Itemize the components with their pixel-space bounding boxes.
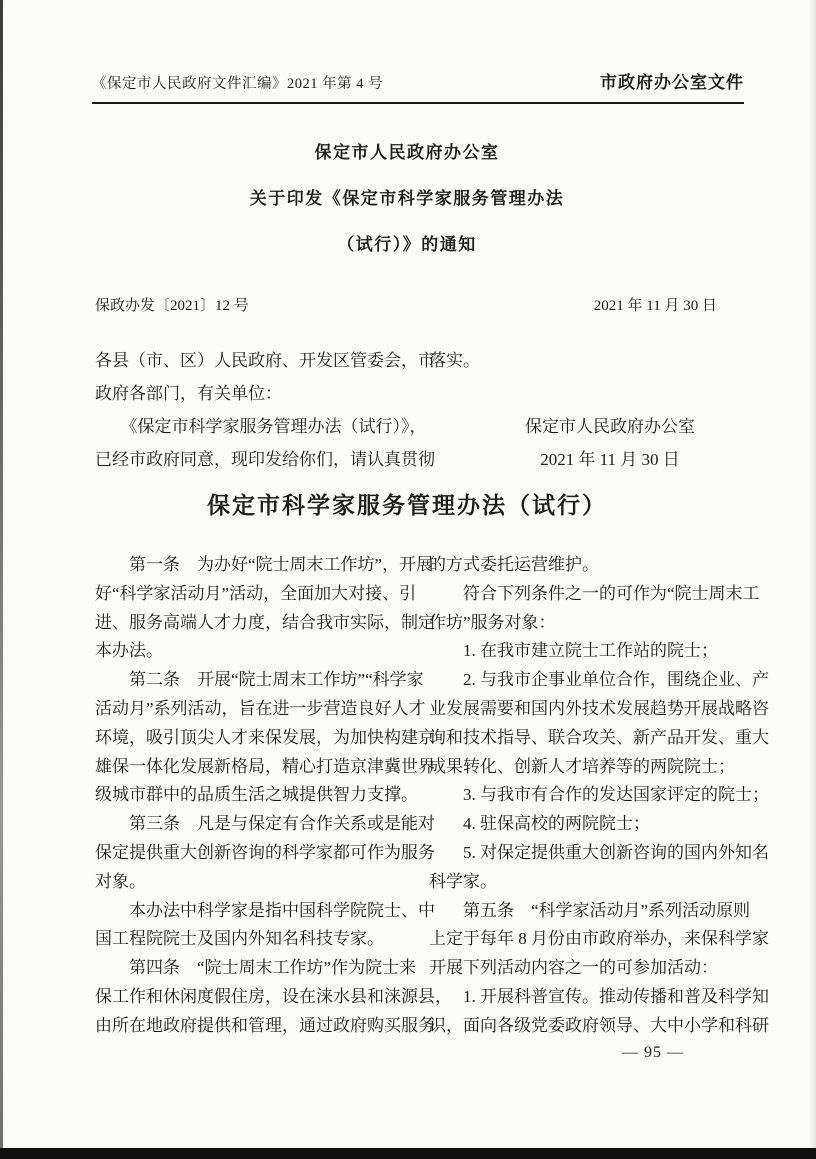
notice-body-line: 《保定市科学家服务管理办法（试行）》， [95, 410, 427, 443]
regulation-title: 保定市科学家服务管理办法（试行） [95, 487, 719, 520]
doc-number: 保政办发〔2021〕12 号 [95, 294, 249, 315]
regulation-line: 询和技术指导、联合攻关、新产品开发、重大 [429, 724, 719, 753]
scan-edge-left [0, 0, 3, 1159]
regulation-line: 成果转化、创新人才培养等的两院院士； [429, 753, 719, 782]
regulation-right-column: 的方式委托运营维护。 符合下列条件之一的可作为“院士周末工作坊”服务对象： 1.… [429, 551, 719, 1041]
regulation-line: 本办法中科学家是指中国科学院院士、中 [95, 897, 427, 926]
notice-title: 保定市人民政府办公室关于印发《保定市科学家服务管理办法（试行）》的通知 [95, 130, 719, 268]
regulation-line: 好“科学家活动月”活动，全面加大对接、引 [95, 580, 427, 609]
regulation-line: 第二条 开展“院士周末工作坊”“科学家 [95, 666, 427, 695]
notice-body: 各县（市、区）人民政府、开发区管委会，市政府各部门，有关单位： 《保定市科学家服… [95, 344, 719, 476]
regulation-line: 识，面向各级党委政府领导、大中小学和科研 [429, 1012, 719, 1041]
regulation-line: 2. 与我市企事业单位合作，围绕企业、产 [429, 666, 719, 695]
signature-date: 2021 年 11 月 30 日 [501, 443, 719, 476]
regulation-line: 第四条 “院士周末工作坊”作为院士来 [95, 954, 427, 983]
signature-org: 保定市人民政府办公室 [501, 410, 719, 443]
regulation-line: 国工程院院士及国内外知名科技专家。 [95, 925, 427, 954]
regulation-line: 4. 驻保高校的两院院士； [429, 810, 719, 839]
regulation-line: 对象。 [95, 868, 427, 897]
regulation-line: 级城市群中的品质生活之城提供智力支撑。 [95, 781, 427, 810]
doc-category-label: 市政府办公室文件 [600, 68, 744, 93]
page-header: 《保定市人民政府文件汇编》2021 年第 4 号 市政府办公室文件 [92, 68, 744, 104]
regulation-body: 第一条 为办好“院士周末工作坊”，开展好“科学家活动月”活动，全面加大对接、引进… [95, 551, 719, 1041]
regulation-line: 业发展需要和国内外技术发展趋势开展战略咨 [429, 695, 719, 724]
regulation-line: 3. 与我市有合作的发达国家评定的院士； [429, 781, 719, 810]
regulation-line: 保工作和休闲度假住房，设在涞水县和涞源县， [95, 983, 427, 1012]
regulation-left-column: 第一条 为办好“院士周末工作坊”，开展好“科学家活动月”活动，全面加大对接、引进… [95, 551, 427, 1041]
document-page: 《保定市人民政府文件汇编》2021 年第 4 号 市政府办公室文件 保定市人民政… [0, 0, 816, 1159]
scan-edge-bottom [0, 1148, 816, 1159]
regulation-line: 第三条 凡是与保定有合作关系或是能对 [95, 810, 427, 839]
regulation-line: 进、服务高端人才力度，结合我市实际，制定 [95, 609, 427, 638]
regulation-line: 上定于每年 8 月份由市政府举办，来保科学家 [429, 925, 719, 954]
compilation-title: 《保定市人民政府文件汇编》2021 年第 4 号 [92, 72, 383, 93]
doc-date: 2021 年 11 月 30 日 [594, 294, 717, 315]
doc-meta-row: 保政办发〔2021〕12 号 2021 年 11 月 30 日 [95, 294, 717, 315]
regulation-line: 1. 在我市建立院士工作站的院士； [429, 637, 719, 666]
regulation-line: 本办法。 [95, 637, 427, 666]
regulation-line: 雄保一体化发展新格局，精心打造京津冀世界 [95, 753, 427, 782]
regulation-line: 活动月”系列活动，旨在进一步营造良好人才 [95, 695, 427, 724]
regulation-line: 5. 对保定提供重大创新咨询的国内外知名 [429, 839, 719, 868]
notice-body-right-column: 落实。 保定市人民政府办公室 2021 年 11 月 30 日 [429, 344, 719, 476]
scan-edge-right [809, 0, 816, 1159]
notice-title-line: 关于印发《保定市科学家服务管理办法 [95, 176, 719, 222]
signature-block: 保定市人民政府办公室 2021 年 11 月 30 日 [501, 410, 719, 476]
notice-title-line: （试行）》的通知 [95, 222, 719, 268]
notice-title-line: 保定市人民政府办公室 [95, 130, 719, 176]
regulation-line: 符合下列条件之一的可作为“院士周末工 [429, 580, 719, 609]
regulation-line: 保定提供重大创新咨询的科学家都可作为服务 [95, 839, 427, 868]
notice-body-line: 已经市政府同意，现印发给你们，请认真贯彻 [95, 443, 427, 476]
regulation-line: 科学家。 [429, 868, 719, 897]
regulation-line: 的方式委托运营维护。 [429, 551, 719, 580]
regulation-line: 作坊”服务对象： [429, 609, 719, 638]
regulation-line: 由所在地政府提供和管理，通过政府购买服务 [95, 1012, 427, 1041]
regulation-line: 环境，吸引顶尖人才来保发展，为加快构建京 [95, 724, 427, 753]
regulation-line: 开展下列活动内容之一的可参加活动： [429, 954, 719, 983]
notice-body-line: 政府各部门，有关单位： [95, 377, 427, 410]
notice-body-line: 落实。 [429, 344, 719, 377]
notice-body-line: 各县（市、区）人民政府、开发区管委会，市 [95, 344, 427, 377]
regulation-line: 第一条 为办好“院士周末工作坊”，开展 [95, 551, 427, 580]
page-number: — 95 — [577, 1044, 729, 1062]
notice-body-left-column: 各县（市、区）人民政府、开发区管委会，市政府各部门，有关单位： 《保定市科学家服… [95, 344, 427, 476]
regulation-line: 1. 开展科普宣传。推动传播和普及科学知 [429, 983, 719, 1012]
regulation-line: 第五条 “科学家活动月”系列活动原则 [429, 897, 719, 926]
